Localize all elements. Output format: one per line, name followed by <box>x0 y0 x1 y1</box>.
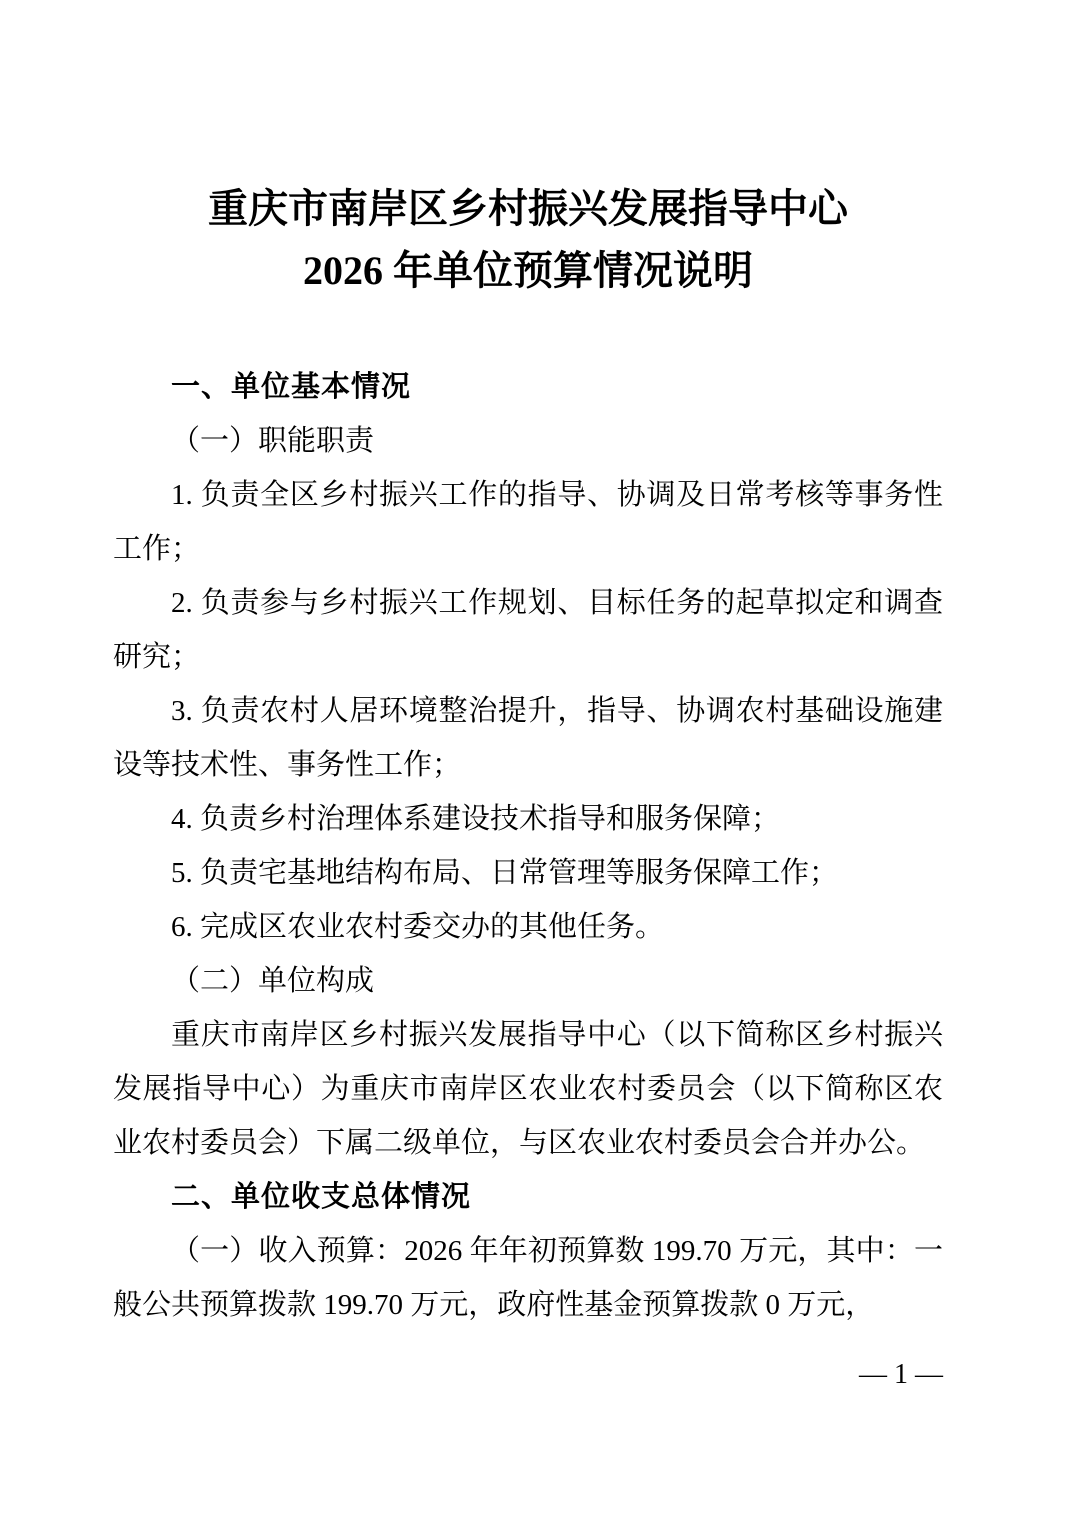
subsection-heading-composition: （二）单位构成 <box>113 954 943 1008</box>
document-page: 重庆市南岸区乡村振兴发展指导中心 2026 年单位预算情况说明 一、单位基本情况… <box>0 0 1074 1520</box>
duty-item-6: 6. 完成区农业农村委交办的其他任务。 <box>113 900 943 954</box>
composition-paragraph: 重庆市南岸区乡村振兴发展指导中心（以下简称区乡村振兴发展指导中心）为重庆市南岸区… <box>113 1008 943 1170</box>
duty-item-2: 2. 负责参与乡村振兴工作规划、目标任务的起草拟定和调查研究； <box>113 576 943 684</box>
duty-item-3: 3. 负责农村人居环境整治提升，指导、协调农村基础设施建设等技术性、事务性工作； <box>113 684 943 792</box>
section-heading-basic-info: 一、单位基本情况 <box>113 360 943 414</box>
document-title: 重庆市南岸区乡村振兴发展指导中心 2026 年单位预算情况说明 <box>113 178 943 302</box>
title-line-2: 2026 年单位预算情况说明 <box>113 240 943 302</box>
title-line-1: 重庆市南岸区乡村振兴发展指导中心 <box>113 178 943 240</box>
page-number: — 1 — <box>859 1348 943 1402</box>
duty-item-4: 4. 负责乡村治理体系建设技术指导和服务保障； <box>113 792 943 846</box>
duty-item-5: 5. 负责宅基地结构布局、日常管理等服务保障工作； <box>113 846 943 900</box>
section-heading-budget-overview: 二、单位收支总体情况 <box>113 1170 943 1224</box>
document-body: 一、单位基本情况 （一）职能职责 1. 负责全区乡村振兴工作的指导、协调及日常考… <box>113 360 943 1332</box>
income-budget-paragraph: （一）收入预算：2026 年年初预算数 199.70 万元，其中：一般公共预算拨… <box>113 1224 943 1332</box>
duty-item-1: 1. 负责全区乡村振兴工作的指导、协调及日常考核等事务性工作； <box>113 468 943 576</box>
subsection-heading-duties: （一）职能职责 <box>113 414 943 468</box>
